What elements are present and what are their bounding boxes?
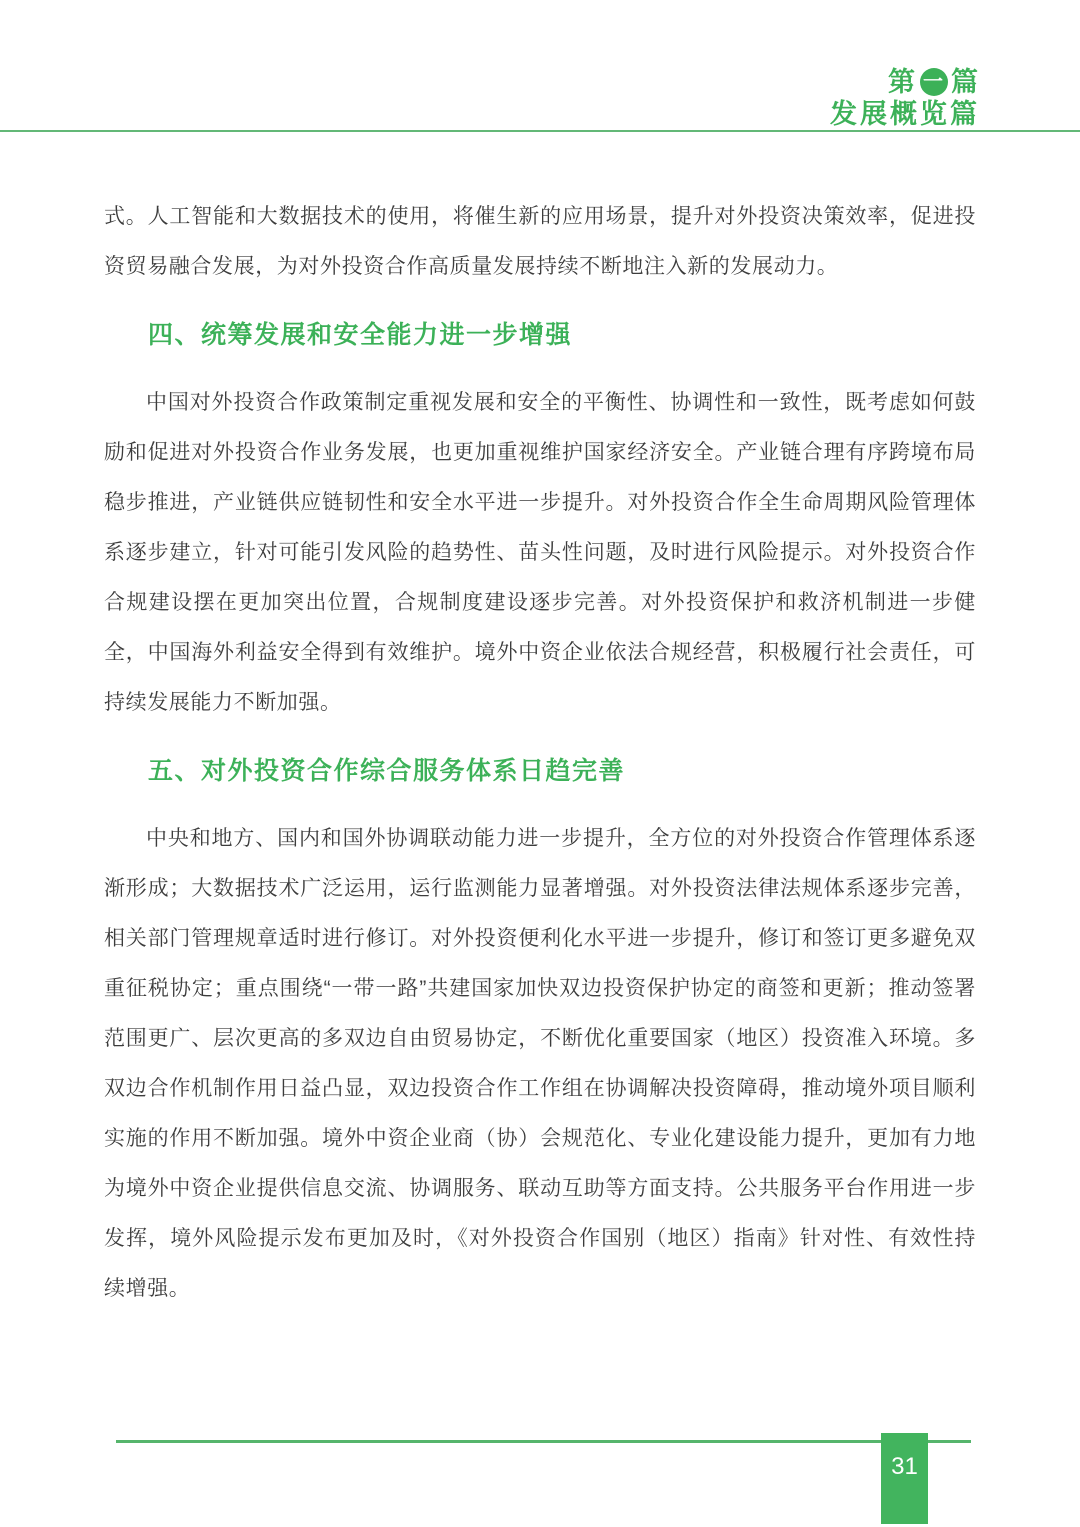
- chapter-number: 一: [923, 66, 945, 98]
- section-4-paragraph: 中国对外投资合作政策制定重视发展和安全的平衡性、协调性和一致性，既考虑如何鼓励和…: [104, 378, 976, 728]
- page-number-badge: 31: [881, 1433, 928, 1524]
- section-heading-5: 五、对外投资合作综合服务体系日趋完善: [148, 755, 976, 787]
- chapter-title-prefix: 第: [888, 66, 917, 98]
- document-body: 式。人工智能和大数据技术的使用，将催生新的应用场景，提升对外投资决策效率，促进投…: [104, 192, 976, 1314]
- page-header: 第 一 篇 发展概览篇: [830, 66, 980, 131]
- footer-divider: [116, 1440, 971, 1443]
- chapter-subtitle: 发展概览篇: [830, 98, 980, 131]
- chapter-number-badge: 一: [920, 68, 948, 96]
- section-heading-4: 四、统筹发展和安全能力进一步增强: [148, 319, 976, 351]
- continuation-paragraph: 式。人工智能和大数据技术的使用，将催生新的应用场景，提升对外投资决策效率，促进投…: [104, 192, 976, 292]
- page-number: 31: [891, 1453, 918, 1480]
- chapter-title-suffix: 篇: [951, 66, 980, 98]
- chapter-title: 第 一 篇: [830, 66, 980, 98]
- section-5-paragraph: 中央和地方、国内和国外协调联动能力进一步提升，全方位的对外投资合作管理体系逐渐形…: [104, 814, 976, 1314]
- header-divider: [0, 130, 1080, 132]
